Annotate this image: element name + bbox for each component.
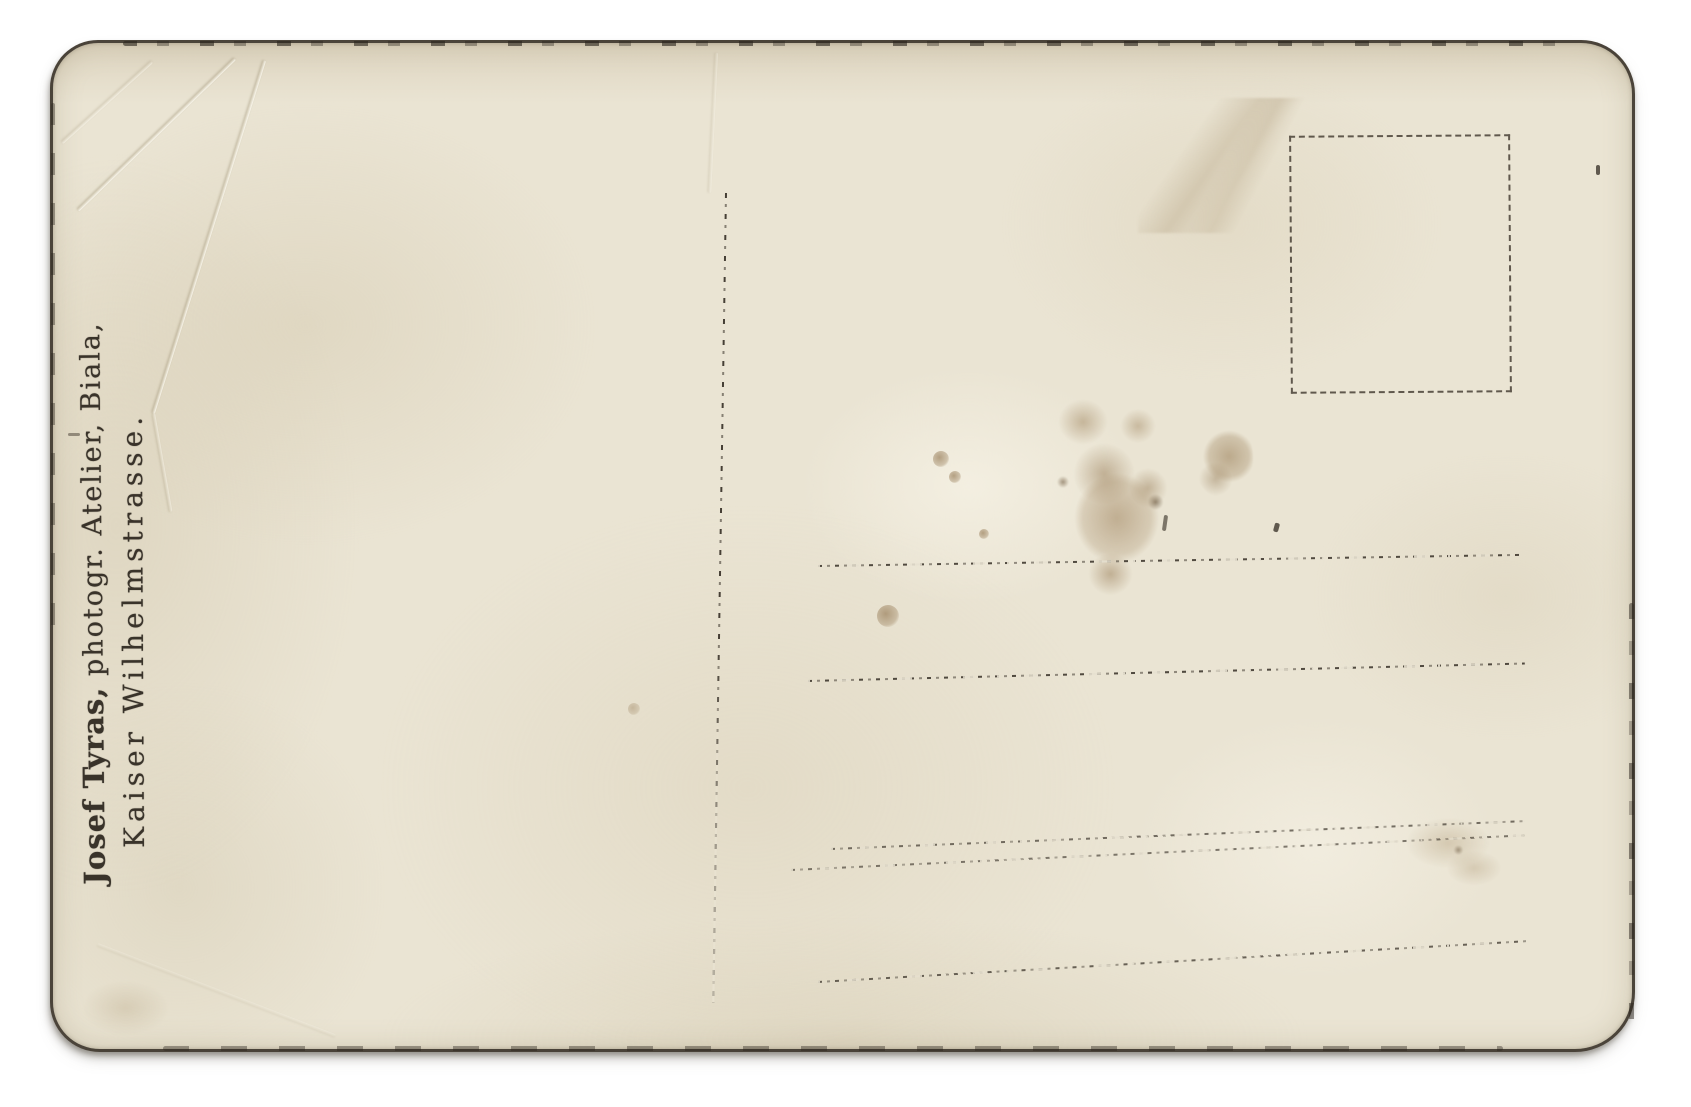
crease-mark — [61, 61, 153, 144]
crease-mark — [77, 58, 236, 212]
scan-background: Josef Tyras, photogr. Atelier, Biala, Ka… — [0, 0, 1691, 1107]
address-line — [818, 940, 1527, 983]
ink-fleck — [1273, 523, 1280, 533]
stain-mark — [628, 703, 640, 715]
address-line — [818, 554, 1523, 567]
stain-mark — [1138, 98, 1313, 233]
ink-fleck — [1596, 165, 1600, 175]
address-line — [831, 820, 1525, 850]
stain-mark — [877, 605, 899, 627]
stamp-box — [1289, 134, 1512, 394]
postcard: Josef Tyras, photogr. Atelier, Biala, Ka… — [50, 40, 1635, 1052]
photographer-imprint-line2: Kaiser Wilhelmstrasse. — [114, 358, 153, 848]
stain-mark — [68, 968, 183, 1048]
crease-mark — [152, 413, 172, 512]
address-line — [808, 662, 1525, 682]
ink-fleck — [1162, 515, 1168, 531]
imprint-name: Josef Tyras, — [76, 686, 112, 885]
crease-mark — [152, 60, 266, 414]
stain-mark — [1193, 418, 1253, 498]
stain-mark — [979, 529, 989, 539]
imprint-details: photogr. Atelier, Biala, — [75, 321, 110, 676]
center-divider-line — [712, 193, 727, 1003]
worn-edge-right — [1629, 603, 1634, 1023]
photographer-imprint-line1: Josef Tyras, photogr. Atelier, Biala, — [68, 225, 115, 885]
stain-mark — [933, 451, 949, 467]
worn-edge-top — [123, 41, 1573, 46]
worn-edge-left — [51, 103, 55, 643]
crease-mark — [97, 943, 336, 1037]
stain-mark — [1383, 798, 1513, 898]
stain-mark — [1048, 398, 1173, 598]
stain-mark — [949, 471, 961, 483]
worn-edge-bottom — [163, 1046, 1503, 1051]
address-line — [791, 834, 1524, 871]
crease-mark — [708, 53, 718, 193]
